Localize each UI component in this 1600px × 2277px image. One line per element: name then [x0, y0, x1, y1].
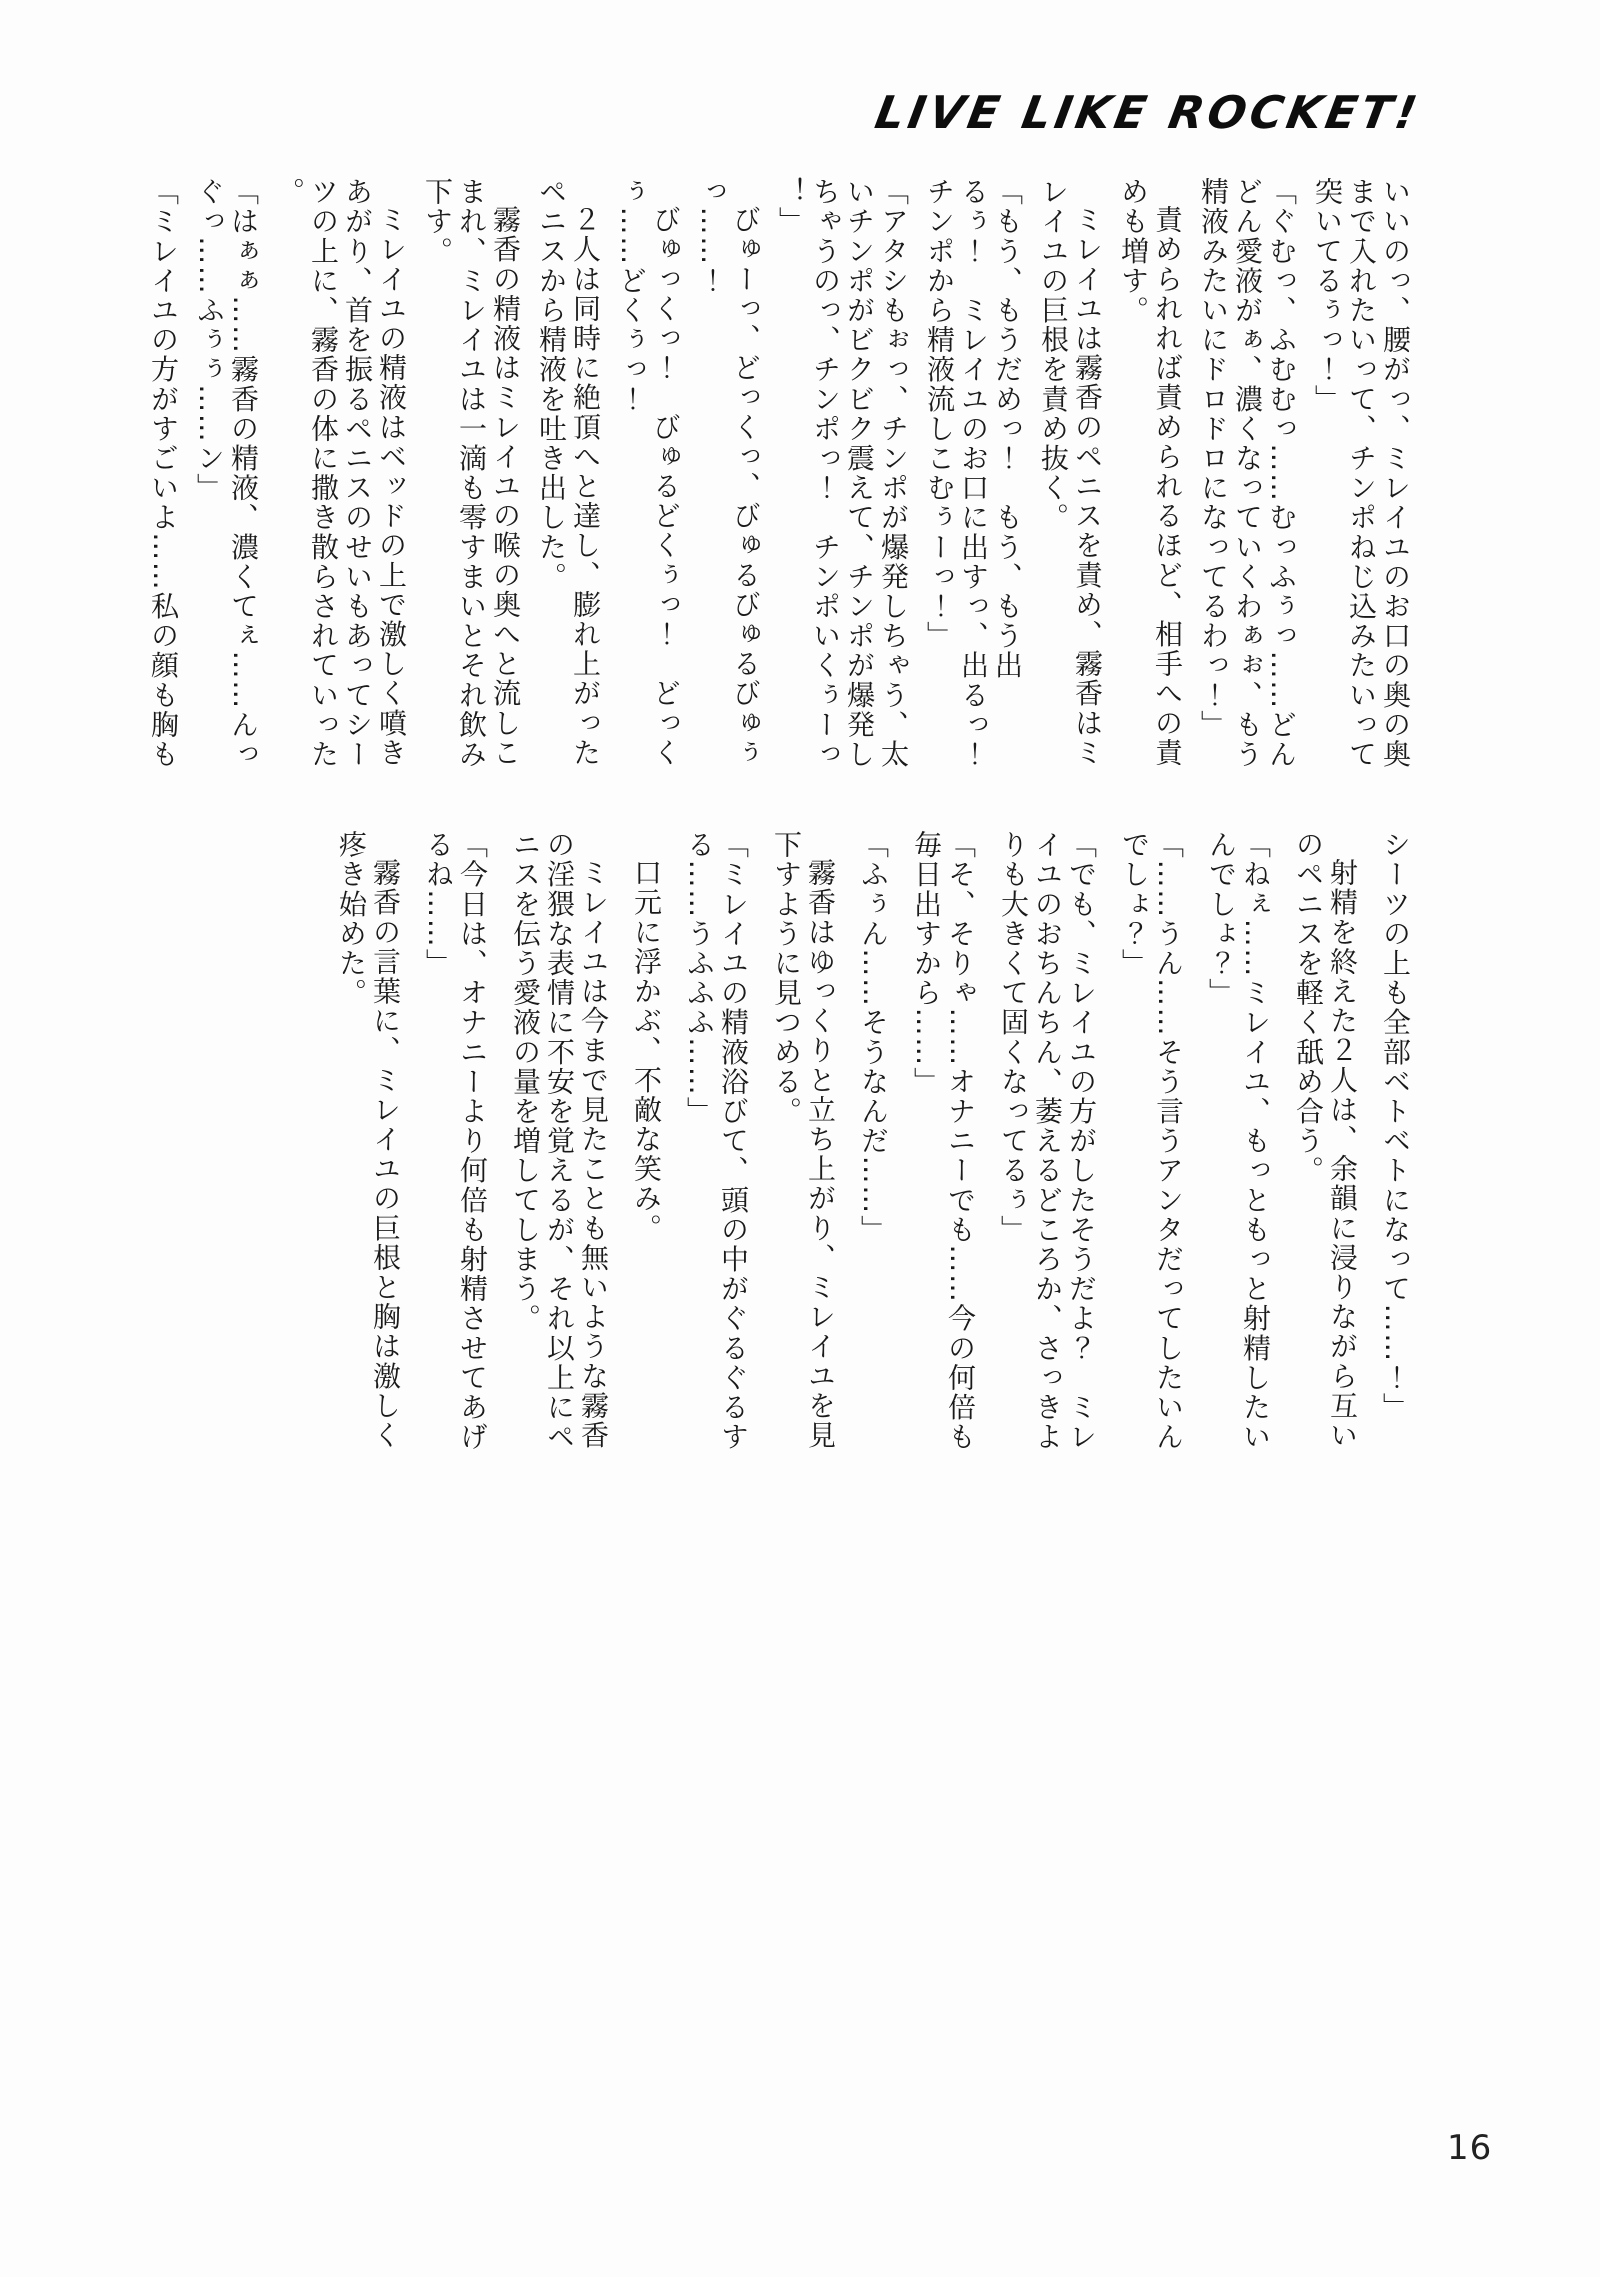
text-column: シーツの上も全部ベトベトになって……！」	[1378, 830, 1412, 1456]
paragraph: 「もう、もうだめっ！ もう、もう出るぅ！ ミレイユのお口に出すっ、出るっ！チンポ…	[922, 177, 1024, 773]
paragraph: びゅーっ、どっくっ、びゅるびゅるびゅぅっ……！	[694, 177, 762, 773]
text-column: 「……うん……そう言うアンタだってしたいん	[1151, 830, 1185, 1456]
paragraph: シーツの上も全部ベトベトになって……！」	[1378, 830, 1412, 1456]
text-column: 射精を終えた２人は、余韻に浸りながら互い	[1325, 830, 1359, 1456]
text-column: 「はぁぁ……霧香の精液、濃くてぇ……んっ	[226, 177, 260, 773]
text-column: どん愛液がぁ、濃くなっていくわぁぉ、もう	[1230, 177, 1264, 773]
text-column: 下す。	[420, 177, 454, 773]
paragraph: 「ねぇ……ミレイユ、もっともっと射精したいんでしょ？」	[1204, 830, 1272, 1456]
text-column: 「アタシもぉっ、チンポが爆発しちゃう、太	[876, 177, 910, 773]
text-column: チンポから精液流しこむぅーっ！」	[922, 177, 956, 773]
text-column: ペニスから精液を吐き出した。	[534, 177, 568, 773]
text-column: 「でも、ミレイユの方がしたそうだよ？ ミレ	[1064, 830, 1098, 1456]
text-column: 責められれば責められるほど、相手への責	[1150, 177, 1184, 773]
text-column: ぐっ……ふぅぅ……ン」	[192, 177, 226, 773]
text-column: 。	[272, 177, 306, 773]
text-column: 「ふぅん……そうなんだ……」	[856, 830, 890, 1456]
paragraph: 「でも、ミレイユの方がしたそうだよ？ ミレイユのおちんちん、萎えるどころか、さっ…	[996, 830, 1098, 1456]
text-column: ツの上に、霧香の体に撒き散らされていった	[306, 177, 340, 773]
paragraph: 「そ、そりゃ……オナニーでも……今の何倍も毎日出すから……」	[909, 830, 977, 1456]
text-column: 疼き始めた。	[334, 830, 368, 1456]
paragraph: 射精を終えた２人は、余韻に浸りながら互いのペニスを軽く舐め合う。	[1291, 830, 1359, 1456]
text-column: ちゃうのっ、チンポっ！ チンポいくぅーっ	[808, 177, 842, 773]
text-column: 霧香はゆっくりと立ち上がり、ミレイユを見	[803, 830, 837, 1456]
text-column: びゅっくっ！ びゅるどくぅっ！ どっく	[648, 177, 682, 773]
text-column: んでしょ？」	[1204, 830, 1238, 1456]
text-column: っ……！	[694, 177, 728, 773]
paragraph: ミレイユは今まで見たことも無いような霧香の淫猥な表情に不安を覚えるが、それ以上に…	[508, 830, 610, 1456]
text-column: 毎日出すから……」	[909, 830, 943, 1456]
text-column: 霧香の精液はミレイユの喉の奥へと流しこ	[488, 177, 522, 773]
paragraph: 「はぁぁ……霧香の精液、濃くてぇ……んっぐっ……ふぅぅ……ン」	[192, 177, 260, 773]
text-column: 「今日は、オナニーより何倍も射精させてあげ	[455, 830, 489, 1456]
text-column: の淫猥な表情に不安を覚えるが、それ以上にペ	[542, 830, 576, 1456]
text-column: まで入れたいって、チンポねじ込みたいって	[1344, 177, 1378, 773]
text-column: 「ねぇ……ミレイユ、もっともっと射精したい	[1238, 830, 1272, 1456]
text-column: る……うふふふ……」	[682, 830, 716, 1456]
text-column: ミレイユは今まで見たことも無いような霧香	[576, 830, 610, 1456]
doujinshi-text-page: LIVE LIKE ROCKET! いいのっ、腰がっ、ミレイユのお口の奥の奥まで…	[0, 0, 1600, 2277]
text-column: めも増す。	[1116, 177, 1150, 773]
text-column: 「ミレイユの方がすごいよ……私の顔も胸も	[146, 177, 180, 773]
paragraph: 霧香の言葉に、ミレイユの巨根と胸は激しく疼き始めた。	[334, 830, 402, 1456]
paragraph: 「……うん……そう言うアンタだってしたいんでしょ？」	[1117, 830, 1185, 1456]
text-column: ２人は同時に絶頂へと達し、膨れ上がった	[568, 177, 602, 773]
text-column: 突いてるぅっ！」	[1310, 177, 1344, 773]
text-column: 「ぐむっ、ふむむっ……むっふぅっ……どん	[1264, 177, 1298, 773]
upper-text-block: いいのっ、腰がっ、ミレイユのお口の奥の奥まで入れたいって、チンポねじ込みたいって…	[146, 177, 1412, 773]
paragraph: 「アタシもぉっ、チンポが爆発しちゃう、太いチンポがビクビク震えて、チンポが爆発し…	[774, 177, 910, 773]
paragraph: ミレイユの精液はベッドの上で激しく噴きあがり、首を振るペニスのせいもあってシーツ…	[272, 177, 408, 773]
paragraph: 霧香はゆっくりと立ち上がり、ミレイユを見下すように見つめる。	[769, 830, 837, 1456]
text-column: ミレイユの精液はベッドの上で激しく噴き	[374, 177, 408, 773]
text-column: ！」	[774, 177, 808, 773]
text-column: 霧香の言葉に、ミレイユの巨根と胸は激しく	[368, 830, 402, 1456]
text-column: あがり、首を振るペニスのせいもあってシー	[340, 177, 374, 773]
text-column: りも大きくて固くなってるぅ」	[996, 830, 1030, 1456]
text-column: 精液みたいにドロドロになってるわっ！」	[1196, 177, 1230, 773]
paragraph: 「ミレイユの精液浴びて、頭の中がぐるぐるする……うふふふ……」	[682, 830, 750, 1456]
text-column: ミレイユは霧香のペニスを責め、霧香はミ	[1070, 177, 1104, 773]
paragraph: 霧香の精液はミレイユの喉の奥へと流しこまれ、ミレイユは一滴も零すまいとそれ飲み下…	[420, 177, 522, 773]
text-column: 下すように見つめる。	[769, 830, 803, 1456]
text-column: 口元に浮かぶ、不敵な笑み。	[629, 830, 663, 1456]
live-like-rocket-logo: LIVE LIKE ROCKET!	[871, 86, 1424, 139]
paragraph: 「ミレイユの方がすごいよ……私の顔も胸も	[146, 177, 180, 773]
text-column: レイユの巨根を責め抜く。	[1036, 177, 1070, 773]
text-column: イユのおちんちん、萎えるどころか、さっきよ	[1030, 830, 1064, 1456]
text-column: びゅーっ、どっくっ、びゅるびゅるびゅぅ	[728, 177, 762, 773]
paragraph: 責められれば責められるほど、相手への責めも増す。	[1116, 177, 1184, 773]
text-column: 「そ、そりゃ……オナニーでも……今の何倍も	[943, 830, 977, 1456]
text-column: いチンポがビクビク震えて、チンポが爆発し	[842, 177, 876, 773]
text-column: のペニスを軽く舐め合う。	[1291, 830, 1325, 1456]
text-column: いいのっ、腰がっ、ミレイユのお口の奥の奥	[1378, 177, 1412, 773]
paragraph: いいのっ、腰がっ、ミレイユのお口の奥の奥まで入れたいって、チンポねじ込みたいって…	[1310, 177, 1412, 773]
text-column: 「ミレイユの精液浴びて、頭の中がぐるぐるす	[716, 830, 750, 1456]
paragraph: 口元に浮かぶ、不敵な笑み。	[629, 830, 663, 1456]
paragraph: 「ぐむっ、ふむむっ……むっふぅっ……どんどん愛液がぁ、濃くなっていくわぁぉ、もう…	[1196, 177, 1298, 773]
text-column: るぅ！ ミレイユのお口に出すっ、出るっ！	[956, 177, 990, 773]
paragraph: ミレイユは霧香のペニスを責め、霧香はミレイユの巨根を責め抜く。	[1036, 177, 1104, 773]
text-column: ぅ……どくぅっ！	[614, 177, 648, 773]
text-column: 「もう、もうだめっ！ もう、もう出	[990, 177, 1024, 773]
text-column: でしょ？」	[1117, 830, 1151, 1456]
paragraph: びゅっくっ！ びゅるどくぅっ！ どっくぅ……どくぅっ！	[614, 177, 682, 773]
paragraph: ２人は同時に絶頂へと達し、膨れ上がったペニスから精液を吐き出した。	[534, 177, 602, 773]
paragraph: 「ふぅん……そうなんだ……」	[856, 830, 890, 1456]
text-column: るね……」	[421, 830, 455, 1456]
page-number: 16	[1447, 2128, 1492, 2168]
text-column: まれ、ミレイユは一滴も零すまいとそれ飲み	[454, 177, 488, 773]
text-column: ニスを伝う愛液の量を増してしまう。	[508, 830, 542, 1456]
paragraph: 「今日は、オナニーより何倍も射精させてあげるね……」	[421, 830, 489, 1456]
lower-text-block: シーツの上も全部ベトベトになって……！」射精を終えた２人は、余韻に浸りながら互い…	[334, 830, 1412, 1456]
